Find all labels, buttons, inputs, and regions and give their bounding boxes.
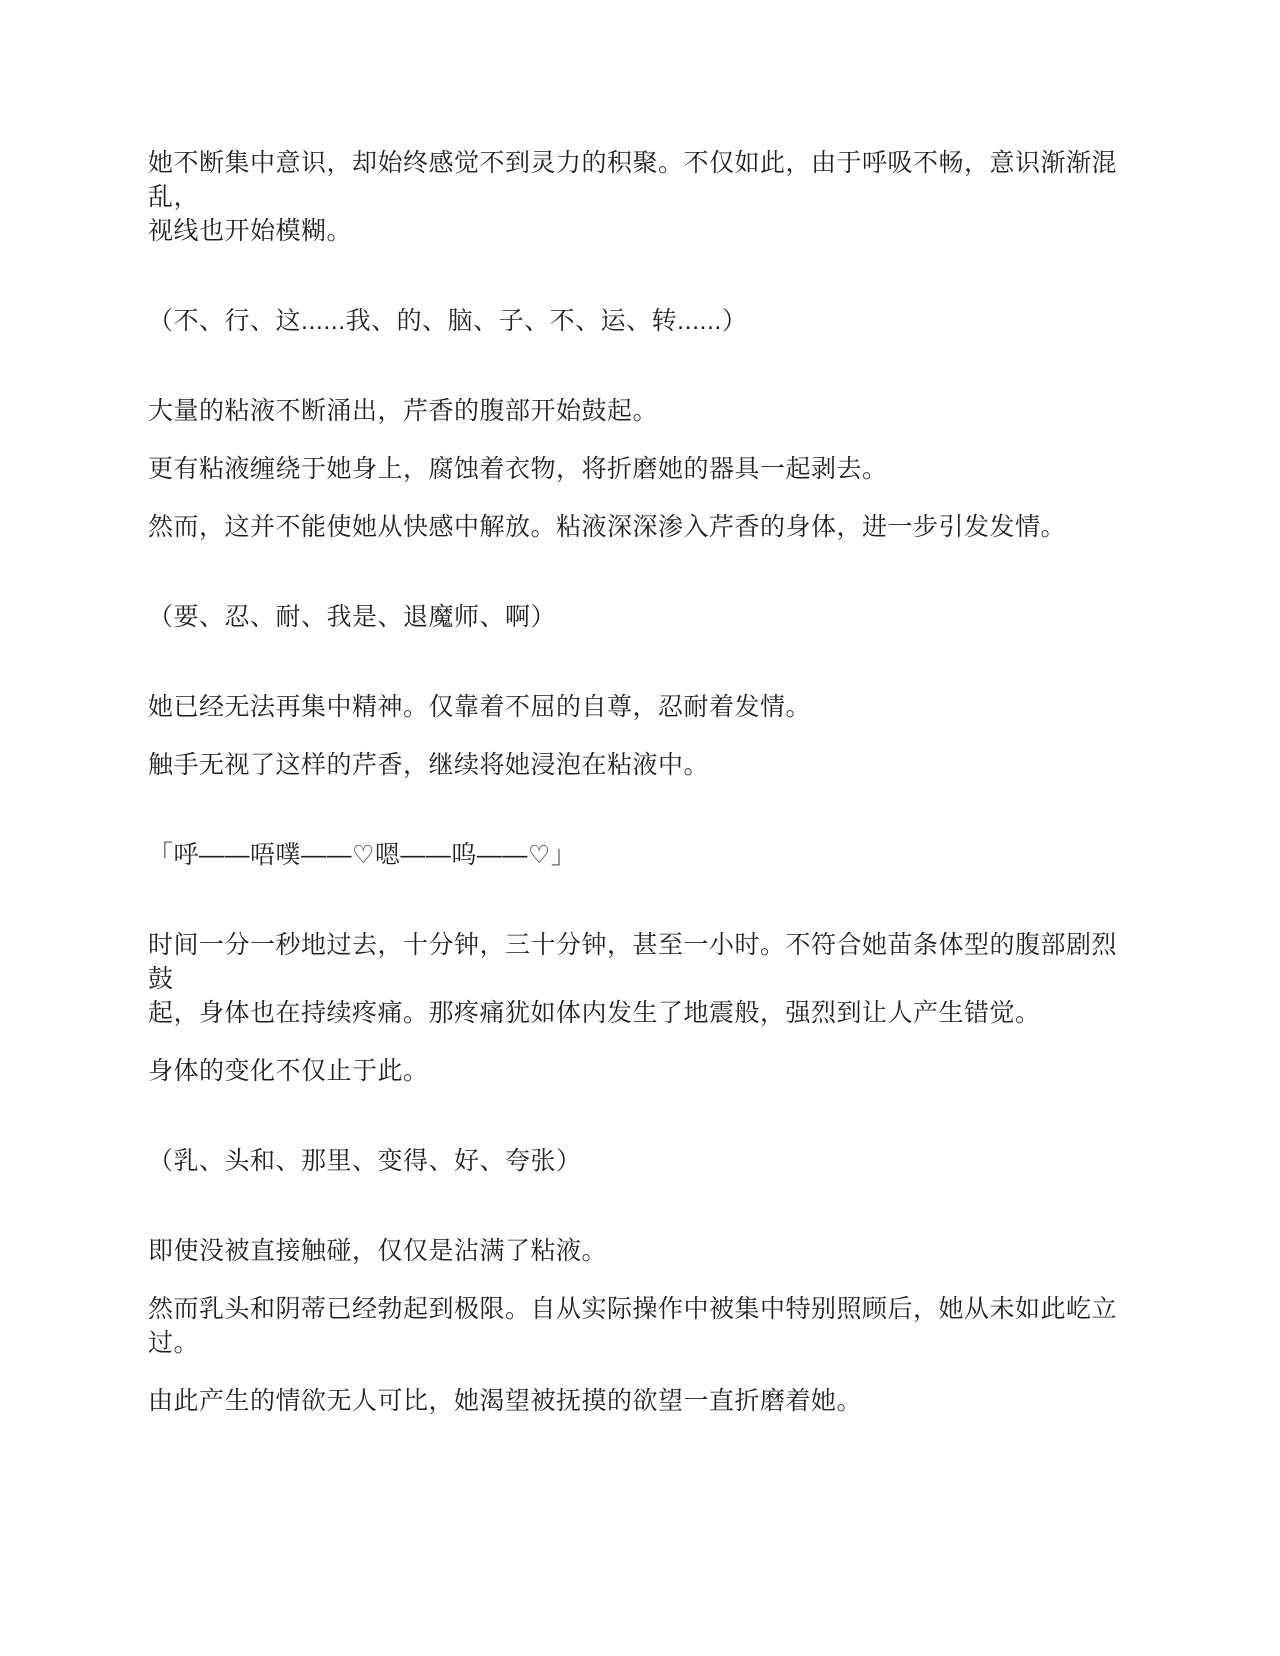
paragraph-line: （不、行、这......我、的、脑、子、不、运、转......） bbox=[148, 307, 747, 335]
paragraph-line: 起，身体也在持续疼痛。那疼痛犹如体内发生了地震般，强烈到让人产生错觉。 bbox=[148, 999, 1041, 1027]
paragraph: 她不断集中意识，却始终感觉不到灵力的积聚。不仅如此，由于呼吸不畅，意识渐渐混乱，… bbox=[148, 146, 1140, 248]
paragraph-line: 然而，这并不能使她从快感中解放。粘液深深渗入芹香的身体，进一步引发发情。 bbox=[148, 513, 1066, 541]
paragraph-line: 由此产生的情欲无人可比，她渴望被抚摸的欲望一直折磨着她。 bbox=[148, 1387, 862, 1415]
document-content: 她不断集中意识，却始终感觉不到灵力的积聚。不仅如此，由于呼吸不畅，意识渐渐混乱，… bbox=[148, 146, 1140, 1418]
paragraph: 然而，这并不能使她从快感中解放。粘液深深渗入芹香的身体，进一步引发发情。 bbox=[148, 510, 1140, 544]
paragraph-line: 她不断集中意识，却始终感觉不到灵力的积聚。不仅如此，由于呼吸不畅，意识渐渐混乱， bbox=[148, 149, 1117, 211]
paragraph: 时间一分一秒地过去，十分钟，三十分钟，甚至一小时。不符合她苗条体型的腹部剧烈鼓起… bbox=[148, 928, 1140, 1030]
paragraph: 即使没被直接触碰，仅仅是沾满了粘液。 bbox=[148, 1234, 1140, 1268]
paragraph: 大量的粘液不断涌出，芹香的腹部开始鼓起。 bbox=[148, 394, 1140, 428]
paragraph: （要、忍、耐、我是、退魔师、啊） bbox=[148, 600, 1140, 634]
paragraph: 「呼——唔噗——♡嗯——呜——♡」 bbox=[148, 838, 1140, 872]
paragraph: 更有粘液缠绕于她身上，腐蚀着衣物，将折磨她的器具一起剥去。 bbox=[148, 452, 1140, 486]
paragraph-line: 然而乳头和阴蒂已经勃起到极限。自从实际操作中被集中特别照顾后，她从未如此屹立过。 bbox=[148, 1295, 1117, 1357]
paragraph-line: 视线也开始模糊。 bbox=[148, 217, 352, 245]
paragraph: 她已经无法再集中精神。仅靠着不屈的自尊，忍耐着发情。 bbox=[148, 690, 1140, 724]
paragraph-line: （乳、头和、那里、变得、好、夸张） bbox=[148, 1147, 582, 1175]
paragraph: 由此产生的情欲无人可比，她渴望被抚摸的欲望一直折磨着她。 bbox=[148, 1384, 1140, 1418]
paragraph-line: 「呼——唔噗——♡嗯——呜——♡」 bbox=[148, 841, 576, 869]
paragraph: 然而乳头和阴蒂已经勃起到极限。自从实际操作中被集中特别照顾后，她从未如此屹立过。 bbox=[148, 1292, 1140, 1360]
paragraph: 触手无视了这样的芹香，继续将她浸泡在粘液中。 bbox=[148, 748, 1140, 782]
paragraph-line: 触手无视了这样的芹香，继续将她浸泡在粘液中。 bbox=[148, 751, 709, 779]
document-page: 她不断集中意识，却始终感觉不到灵力的积聚。不仅如此，由于呼吸不畅，意识渐渐混乱，… bbox=[0, 0, 1280, 1656]
paragraph: （不、行、这......我、的、脑、子、不、运、转......） bbox=[148, 304, 1140, 338]
paragraph-line: 更有粘液缠绕于她身上，腐蚀着衣物，将折磨她的器具一起剥去。 bbox=[148, 455, 888, 483]
paragraph-line: 时间一分一秒地过去，十分钟，三十分钟，甚至一小时。不符合她苗条体型的腹部剧烈鼓 bbox=[148, 931, 1117, 993]
paragraph-line: （要、忍、耐、我是、退魔师、啊） bbox=[148, 603, 556, 631]
paragraph: （乳、头和、那里、变得、好、夸张） bbox=[148, 1144, 1140, 1178]
paragraph-line: 身体的变化不仅止于此。 bbox=[148, 1057, 429, 1085]
paragraph-line: 大量的粘液不断涌出，芹香的腹部开始鼓起。 bbox=[148, 397, 658, 425]
paragraph-line: 即使没被直接触碰，仅仅是沾满了粘液。 bbox=[148, 1237, 607, 1265]
paragraph-line: 她已经无法再集中精神。仅靠着不屈的自尊，忍耐着发情。 bbox=[148, 693, 811, 721]
paragraph: 身体的变化不仅止于此。 bbox=[148, 1054, 1140, 1088]
